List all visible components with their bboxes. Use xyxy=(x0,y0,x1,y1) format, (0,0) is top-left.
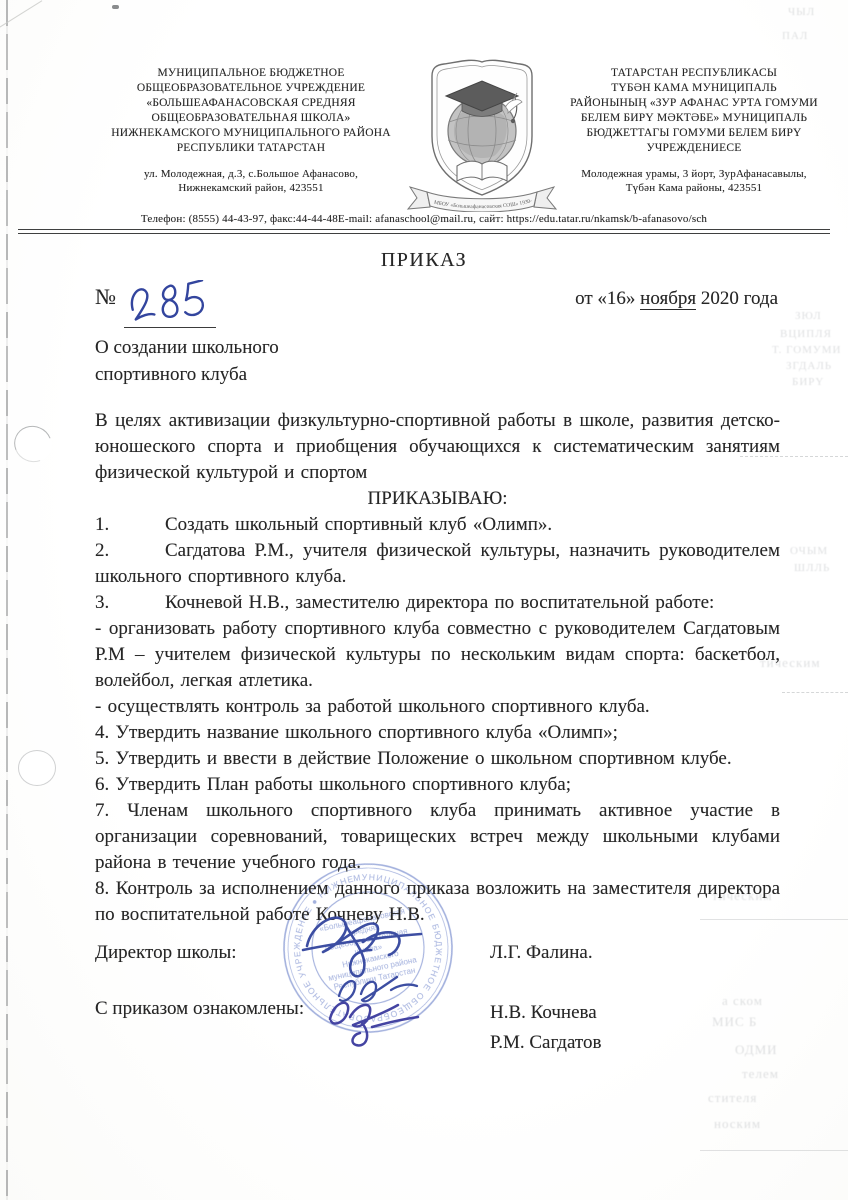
ghost-text: БИРҮ xyxy=(792,376,824,388)
acknowledged-row: С приказом ознакомлены: Н.В. Кочнева Р.М… xyxy=(95,998,780,1058)
date-month-underlined: ноября xyxy=(640,288,696,310)
date-suffix: 2020 года xyxy=(701,288,778,309)
address-line: Түбән Кама районы, 423551 xyxy=(554,182,834,196)
address-line: Нижнекамский район, 423551 xyxy=(108,182,394,196)
resolve-word: ПРИКАЗЫВАЮ: xyxy=(95,486,780,512)
order-item: 3.Кочневой Н.В., заместителю директора п… xyxy=(95,590,780,616)
order-item: 2.Сагдатова Р.М., учителя физической кул… xyxy=(95,538,780,590)
org-address-tatar: Молодежная урамы, 3 йорт, ЗурАфанасавылы… xyxy=(554,168,834,195)
order-item: - осуществлять контроль за работой школь… xyxy=(95,694,780,720)
order-item: - организовать работу спортивного клуба … xyxy=(95,616,780,694)
ghost-text: ВЦИПЛЯ xyxy=(780,328,832,340)
ghost-text: ОЧЫМ xyxy=(790,545,828,557)
ack-name: Н.В. Кочнева xyxy=(490,998,601,1028)
ghost-text: ЗЮЛ xyxy=(795,310,822,322)
scanned-order-page: МУНИЦИПАЛЬНОЕ БЮДЖЕТНОЕ ОБЩЕОБРАЗОВАТЕЛЬ… xyxy=(0,0,848,1200)
org-line: БЮДЖЕТТАГЫ ГОМУМИ БЕЛЕМ БИРҮ xyxy=(554,126,834,141)
ghost-line xyxy=(782,692,848,693)
director-name: Л.Г. Фалина. xyxy=(490,942,593,964)
order-date: от «16» ноября 2020 года xyxy=(575,288,778,310)
number-sign: № xyxy=(95,284,116,310)
item-text: Создать школьный спортивный клуб «Олимп»… xyxy=(165,514,552,535)
org-line: РЕСПУБЛИКИ ТАТАРСТАН xyxy=(108,141,394,156)
org-line: ТАТАРСТАН РЕСПУБЛИКАСЫ xyxy=(554,66,834,81)
item-number: 3. xyxy=(95,590,165,616)
ghost-text: ПАЛ xyxy=(782,30,808,42)
address-line: ул. Молодежная, д.3, с.Большое Афанасово… xyxy=(108,168,394,182)
ghost-text: носким xyxy=(714,1116,761,1132)
crest-icon: МБОУ «Большеафанасовская СОШ» 1930-97 xyxy=(402,54,562,212)
ghost-text: телем xyxy=(742,1066,779,1082)
org-line: БЕЛЕМ БИРҮ МӘКТӘБЕ» МУНИЦИПАЛЬ xyxy=(554,111,834,126)
org-line: УЧРЕЖДЕНИЕСЕ xyxy=(554,141,834,156)
ack-name: Р.М. Сагдатов xyxy=(490,1028,601,1058)
org-name-russian: МУНИЦИПАЛЬНОЕ БЮДЖЕТНОЕ ОБЩЕОБРАЗОВАТЕЛЬ… xyxy=(108,66,394,195)
ghost-text: ЗГДАЛЬ xyxy=(786,360,832,372)
scanner-edge-line xyxy=(6,0,8,1200)
punch-hole xyxy=(8,420,57,468)
date-prefix: от «16» xyxy=(575,288,635,309)
order-item: 6. Утвердить План работы школьного спорт… xyxy=(95,772,780,798)
letterhead: МУНИЦИПАЛЬНОЕ БЮДЖЕТНОЕ ОБЩЕОБРАЗОВАТЕЛЬ… xyxy=(108,0,834,195)
open-book xyxy=(457,161,507,181)
order-number: № xyxy=(95,280,216,328)
org-line: НИЖНЕКАМСКОГО МУНИЦИПАЛЬНОГО РАЙОНА xyxy=(108,126,394,141)
org-line: ОБЩЕОБРАЗОВАТЕЛЬНАЯ ШКОЛА» xyxy=(108,111,394,126)
org-line: ОБЩЕОБРАЗОВАТЕЛЬНОЕ УЧРЕЖДЕНИЕ xyxy=(108,81,394,96)
order-subject: О создании школьного спортивного клуба xyxy=(95,334,375,388)
org-line: ТҮБӘН КАМА МУНИЦИПАЛЬ xyxy=(554,81,834,96)
org-line: «БОЛЬШЕАФАНАСОВСКАЯ СРЕДНЯЯ xyxy=(108,96,394,111)
school-crest-logo: МБОУ «Большеафанасовская СОШ» 1930-97 xyxy=(402,54,562,212)
ghost-text: ЧЫЛ xyxy=(788,6,815,18)
order-item: 5. Утвердить и ввести в действие Положен… xyxy=(95,746,780,772)
handwritten-order-number xyxy=(124,280,216,328)
header-rule-top xyxy=(18,229,830,230)
ghost-line xyxy=(700,1150,848,1151)
ghost-text: Т. ГОМУМИ xyxy=(772,344,841,356)
org-address-russian: ул. Молодежная, д.3, с.Большое Афанасово… xyxy=(108,168,394,195)
order-item: 4. Утвердить название школьного спортивн… xyxy=(95,720,780,746)
header-rule-bottom xyxy=(18,233,830,234)
item-text: Сагдатова Р.М., учителя физической культ… xyxy=(95,540,780,587)
item-number: 1. xyxy=(95,512,165,538)
number-and-date-row: № от «16» ноября 2020 года xyxy=(95,280,778,324)
order-item: 1.Создать школьный спортивный клуб «Олим… xyxy=(95,512,780,538)
contact-line: Телефон: (8555) 44-43-97, факс:44-44-48E… xyxy=(18,213,830,225)
order-item: 7. Членам школьного спортивного клуба пр… xyxy=(95,798,780,876)
address-line: Молодежная урамы, 3 йорт, ЗурАфанасавылы… xyxy=(554,168,834,182)
org-line: МУНИЦИПАЛЬНОЕ БЮДЖЕТНОЕ xyxy=(108,66,394,81)
acknowledged-signature-2 xyxy=(320,993,432,1053)
ghost-text: стителя xyxy=(708,1090,757,1106)
org-name-tatar: ТАТАРСТАН РЕСПУБЛИКАСЫ ТҮБӘН КАМА МУНИЦИ… xyxy=(554,66,834,195)
order-body: В целях активизации физкультурно-спортив… xyxy=(95,408,780,928)
acknowledged-names: Н.В. Кочнева Р.М. Сагдатов xyxy=(490,998,601,1058)
order-title: ПРИКАЗ xyxy=(0,249,848,272)
item-number: 2. xyxy=(95,538,165,564)
punch-hole xyxy=(18,750,56,786)
handwritten-285-strokes xyxy=(126,280,210,322)
ghost-text: ШЛЛЬ xyxy=(794,562,830,574)
org-line: РАЙОНЫНЫҢ «ЗУР АФАНАС УРТА ГОМУМИ xyxy=(554,96,834,111)
item-text: Кочневой Н.В., заместителю директора по … xyxy=(165,592,714,613)
intro-paragraph: В целях активизации физкультурно-спортив… xyxy=(95,408,780,486)
